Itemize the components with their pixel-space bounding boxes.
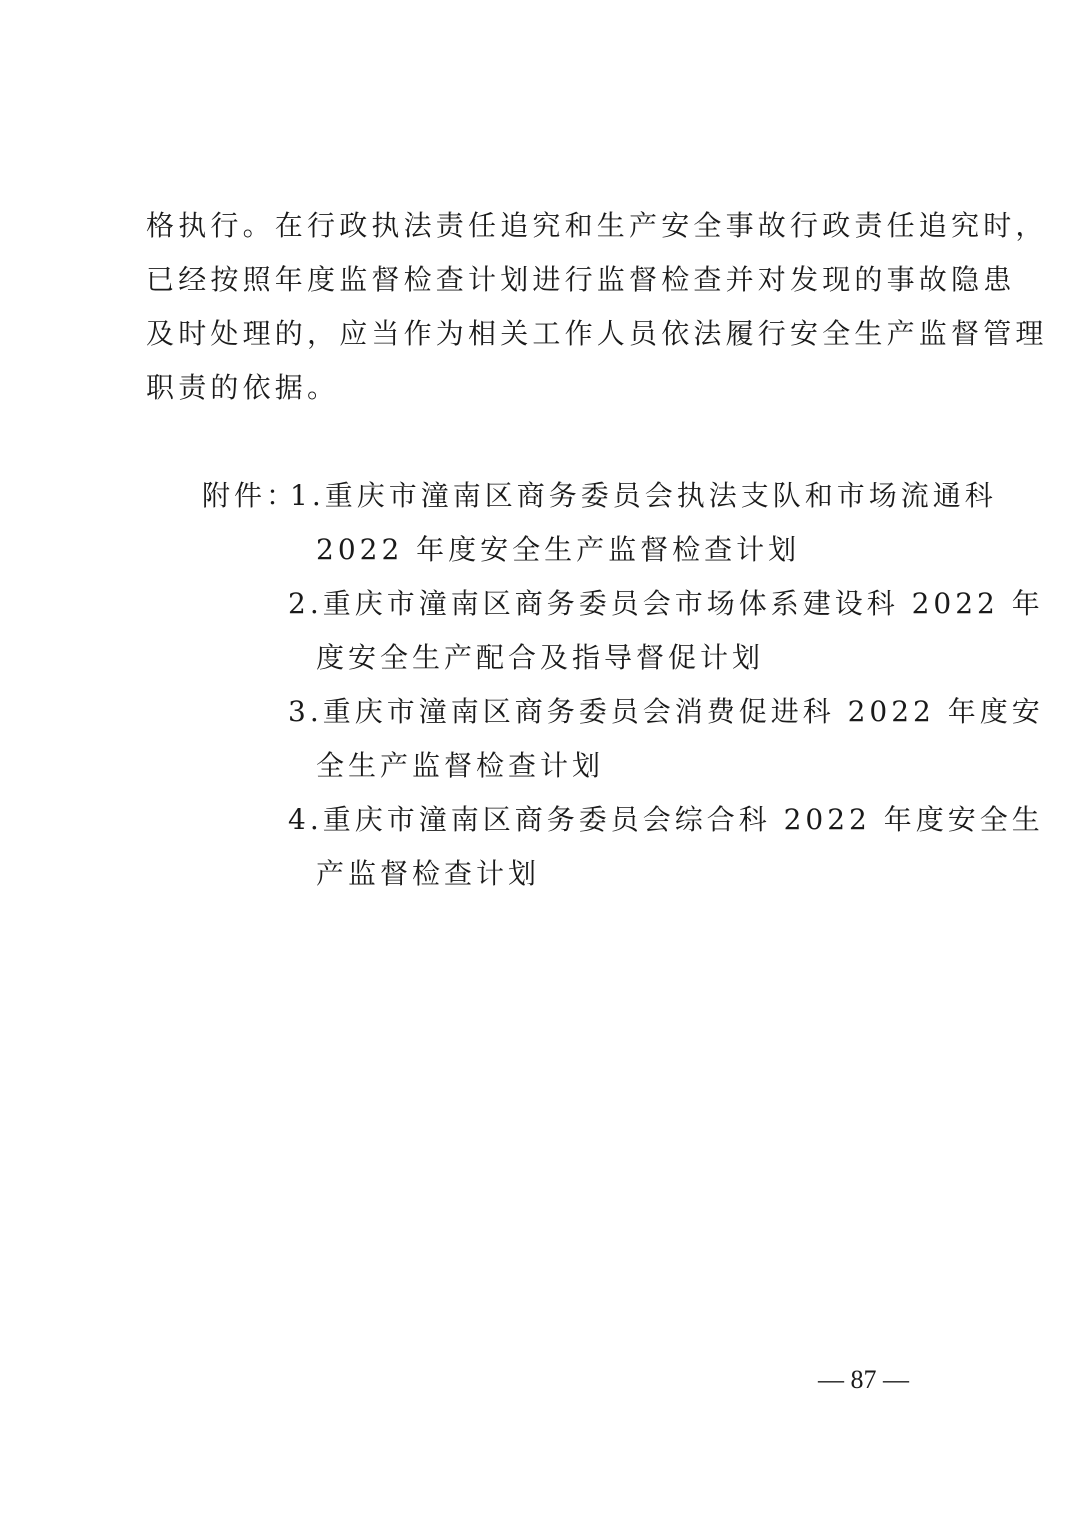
attachment-title-line: 产监督检查计划 <box>316 854 540 894</box>
attachment-title-line: 1.重庆市潼南区商务委员会执法支队和市场流通科 <box>290 476 942 516</box>
attachment-title-line: 3.重庆市潼南区商务委员会消费促进科 2022 年度安 <box>288 692 942 732</box>
attachment-title-line: 2022 年度安全生产监督检查计划 <box>316 530 800 570</box>
page-number: — 87 — <box>818 1362 909 1398</box>
paragraph-line: 及时处理的，应当作为相关工作人员依法履行安全生产监督管理 <box>146 314 942 354</box>
attachment-title-line: 全生产监督检查计划 <box>316 746 604 786</box>
paragraph-line: 职责的依据。 <box>146 368 942 408</box>
attachments-label: 附件： <box>202 476 298 516</box>
attachment-title-line: 度安全生产配合及指导督促计划 <box>316 638 764 678</box>
attachment-title-line: 4.重庆市潼南区商务委员会综合科 2022 年度安全生 <box>288 800 942 840</box>
attachment-title-line: 2.重庆市潼南区商务委员会市场体系建设科 2022 年 <box>288 584 942 624</box>
paragraph-line: 格执行。在行政执法责任追究和生产安全事故行政责任追究时， <box>146 206 942 246</box>
paragraph-line: 已经按照年度监督检查计划进行监督检查并对发现的事故隐患 <box>146 260 942 300</box>
document-page: 格执行。在行政执法责任追究和生产安全事故行政责任追究时， 已经按照年度监督检查计… <box>0 0 1074 1520</box>
